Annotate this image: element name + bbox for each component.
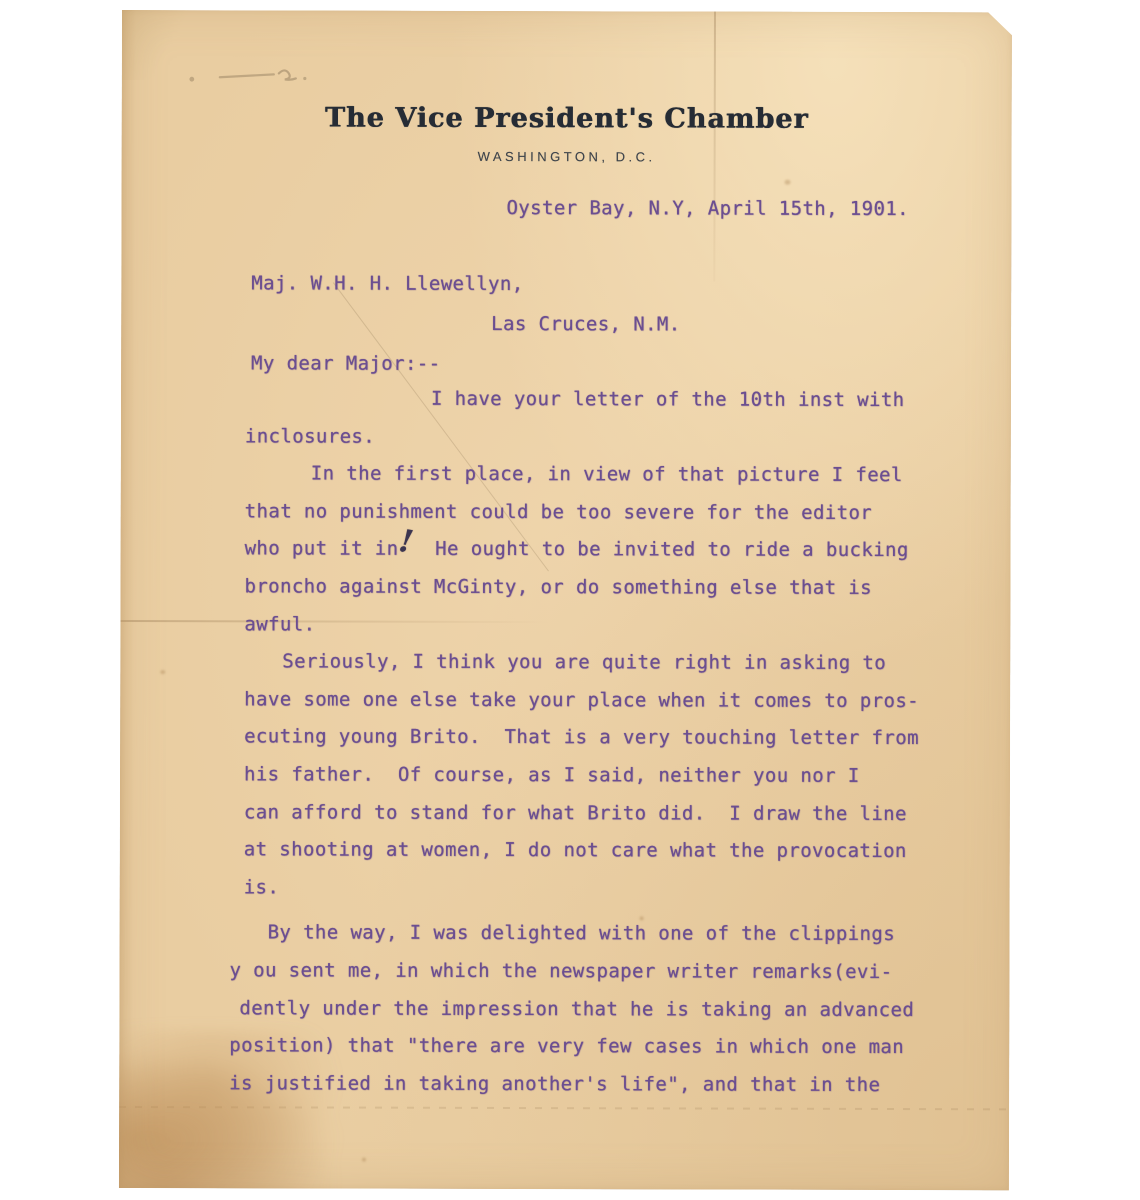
edge-discoloration [119,10,136,1188]
typed-line: is. [244,869,919,908]
typed-text: In the first place, in view of that pict… [311,463,903,487]
typed-text: is justified in taking another's life", … [229,1072,880,1096]
typed-line: that no punishment could be too severe f… [245,493,920,532]
typed-line: y ou sent me, in which the newspaper wri… [229,952,918,991]
typed-text: at shooting at women, I do not care what… [244,838,907,862]
typed-line: inclosures. [245,418,920,457]
recipient-city: Las Cruces, N.M. [491,313,680,335]
typed-line: By the way, I was delighted with one of … [230,915,919,954]
foxing-spot [160,670,165,674]
typed-text: can afford to stand for what Brito did. … [244,801,907,825]
corner-fold-crease [122,10,232,80]
typed-text: is. [244,876,280,898]
typed-text: dently under the impression that he is t… [239,997,914,1021]
foxing-spot [362,1158,366,1162]
typed-text: ecuting young Brito. That is a very touc… [244,726,919,750]
typed-text: By the way, I was delighted with one of … [268,922,896,946]
typed-line: at shooting at women, I do not care what… [244,831,919,870]
typed-line: I have your letter of the 10th inst with [245,380,920,419]
typed-text: Seriously, I think you are quite right i… [282,651,886,675]
recipient-name: Maj. W.H. H. Llewellyn, [251,272,523,295]
typed-text: that no punishment could be too severe f… [245,500,873,524]
typed-text: his father. Of course, as I said, neithe… [244,763,860,787]
handwritten-exclamation: ! [399,541,412,543]
typed-line: awful. [244,606,919,645]
typed-line: Seriously, I think you are quite right i… [244,643,919,682]
typed-line: broncho against McGinty, or do something… [244,568,919,607]
letter-body: I have your letter of the 10th inst with… [243,380,920,1104]
typed-text: position) that "there are very few cases… [229,1034,904,1058]
typed-text: He ought to be invited to ride a bucking [411,538,908,561]
typed-line: ecuting young Brito. That is a very touc… [244,719,919,758]
typed-text: awful. [244,613,315,635]
letter-page: The Vice President's Chamber WASHINGTON,… [119,10,1012,1190]
typed-line: In the first place, in view of that pict… [245,456,920,495]
scan-background: The Vice President's Chamber WASHINGTON,… [0,0,1140,1200]
typed-line: have some one else take your place when … [244,681,919,720]
typed-text: have some one else take your place when … [244,688,919,712]
dateline: Oyster Bay, N.Y, April 15th, 1901. [506,197,909,220]
typed-text: inclosures. [245,425,375,447]
typed-line: position) that "there are very few cases… [229,1027,918,1066]
typed-text: broncho against McGinty, or do something… [244,575,872,599]
typed-line: who put it in! He ought to be invited to… [245,531,920,570]
letterhead-title: The Vice President's Chamber [122,102,1012,135]
salutation: My dear Major:-- [251,352,440,374]
typed-line: can afford to stand for what Brito did. … [244,794,919,833]
typed-line: is justified in taking another's life", … [229,1065,918,1104]
foxing-spot [785,180,791,185]
typed-text: who put it in [245,538,399,560]
typed-line: his father. Of course, as I said, neithe… [244,756,919,795]
typed-text: I have your letter of the 10th inst with [431,388,905,411]
letterhead-city: WASHINGTON, D.C. [122,148,1012,165]
typed-line: dently under the impression that he is t… [229,990,918,1029]
letterhead: The Vice President's Chamber WASHINGTON,… [122,102,1012,165]
typed-text: y ou sent me, in which the newspaper wri… [229,959,892,983]
